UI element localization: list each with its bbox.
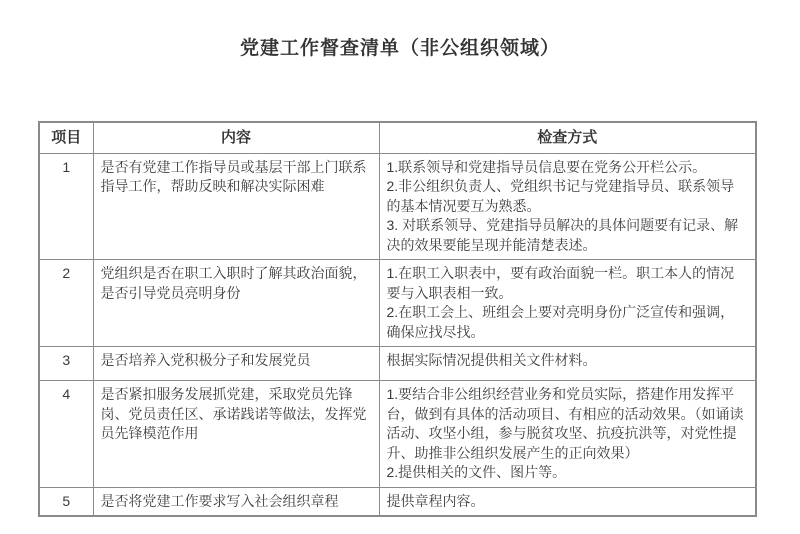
header-method-column: 检查方式 [379,122,756,153]
method-line: 1.在职工入职表中，要有政治面貌一栏。职工本人的情况要与入职表相一致。 [387,264,749,303]
table-header-row: 项目 内容 检查方式 [39,122,756,153]
row-method: 1.联系领导和党建指导员信息要在党务公开栏公示。 2.非公组织负责人、党组织书记… [379,153,756,260]
row-method: 提供章程内容。 [379,487,756,516]
row-number: 3 [39,347,93,381]
table-row: 3 是否培养入党积极分子和发展党员 根据实际情况提供相关文件材料。 [39,347,756,381]
row-method: 1.要结合非公组织经营业务和党员实际，搭建作用发挥平台，做到有具体的活动项目、有… [379,381,756,488]
row-content: 党组织是否在职工入职时了解其政治面貌，是否引导党员亮明身份 [93,260,379,347]
header-content-column: 内容 [93,122,379,153]
table-row: 5 是否将党建工作要求写入社会组织章程 提供章程内容。 [39,487,756,516]
row-number: 4 [39,381,93,488]
method-line: 提供章程内容。 [387,492,749,512]
checklist-table: 项目 内容 检查方式 1 是否有党建工作指导员或基层干部上门联系指导工作，帮助反… [38,121,757,517]
method-line: 2.提供相关的文件、图片等。 [387,463,749,483]
method-line: 3. 对联系领导、党建指导员解决的具体问题要有记录、解决的效果要能呈现并能清楚表… [387,216,749,255]
method-line: 1.要结合非公组织经营业务和党员实际，搭建作用发挥平台，做到有具体的活动项目、有… [387,385,749,463]
row-number: 2 [39,260,93,347]
method-line: 1.联系领导和党建指导员信息要在党务公开栏公示。 [387,158,749,178]
row-method: 1.在职工入职表中，要有政治面貌一栏。职工本人的情况要与入职表相一致。 2.在职… [379,260,756,347]
row-content: 是否培养入党积极分子和发展党员 [93,347,379,381]
method-line: 2.非公组织负责人、党组织书记与党建指导员、联系领导的基本情况要互为熟悉。 [387,177,749,216]
row-method: 根据实际情况提供相关文件材料。 [379,347,756,381]
table-row: 1 是否有党建工作指导员或基层干部上门联系指导工作，帮助反映和解决实际困难 1.… [39,153,756,260]
row-number: 5 [39,487,93,516]
row-content: 是否将党建工作要求写入社会组织章程 [93,487,379,516]
document-page: 党建工作督查清单（非公组织领域） 项目 内容 检查方式 1 是否有党建工作指导员… [0,0,800,534]
row-content: 是否有党建工作指导员或基层干部上门联系指导工作，帮助反映和解决实际困难 [93,153,379,260]
row-content: 是否紧扣服务发展抓党建，采取党员先锋岗、党员责任区、承诺践诺等做法，发挥党员先锋… [93,381,379,488]
method-line: 2.在职工会上、班组会上要对亮明身份广泛宣传和强调，确保应找尽找。 [387,303,749,342]
row-number: 1 [39,153,93,260]
method-line: 根据实际情况提供相关文件材料。 [387,351,749,371]
header-item-column: 项目 [39,122,93,153]
table-row: 2 党组织是否在职工入职时了解其政治面貌，是否引导党员亮明身份 1.在职工入职表… [39,260,756,347]
document-title: 党建工作督查清单（非公组织领域） [0,33,800,60]
table-row: 4 是否紧扣服务发展抓党建，采取党员先锋岗、党员责任区、承诺践诺等做法，发挥党员… [39,381,756,488]
